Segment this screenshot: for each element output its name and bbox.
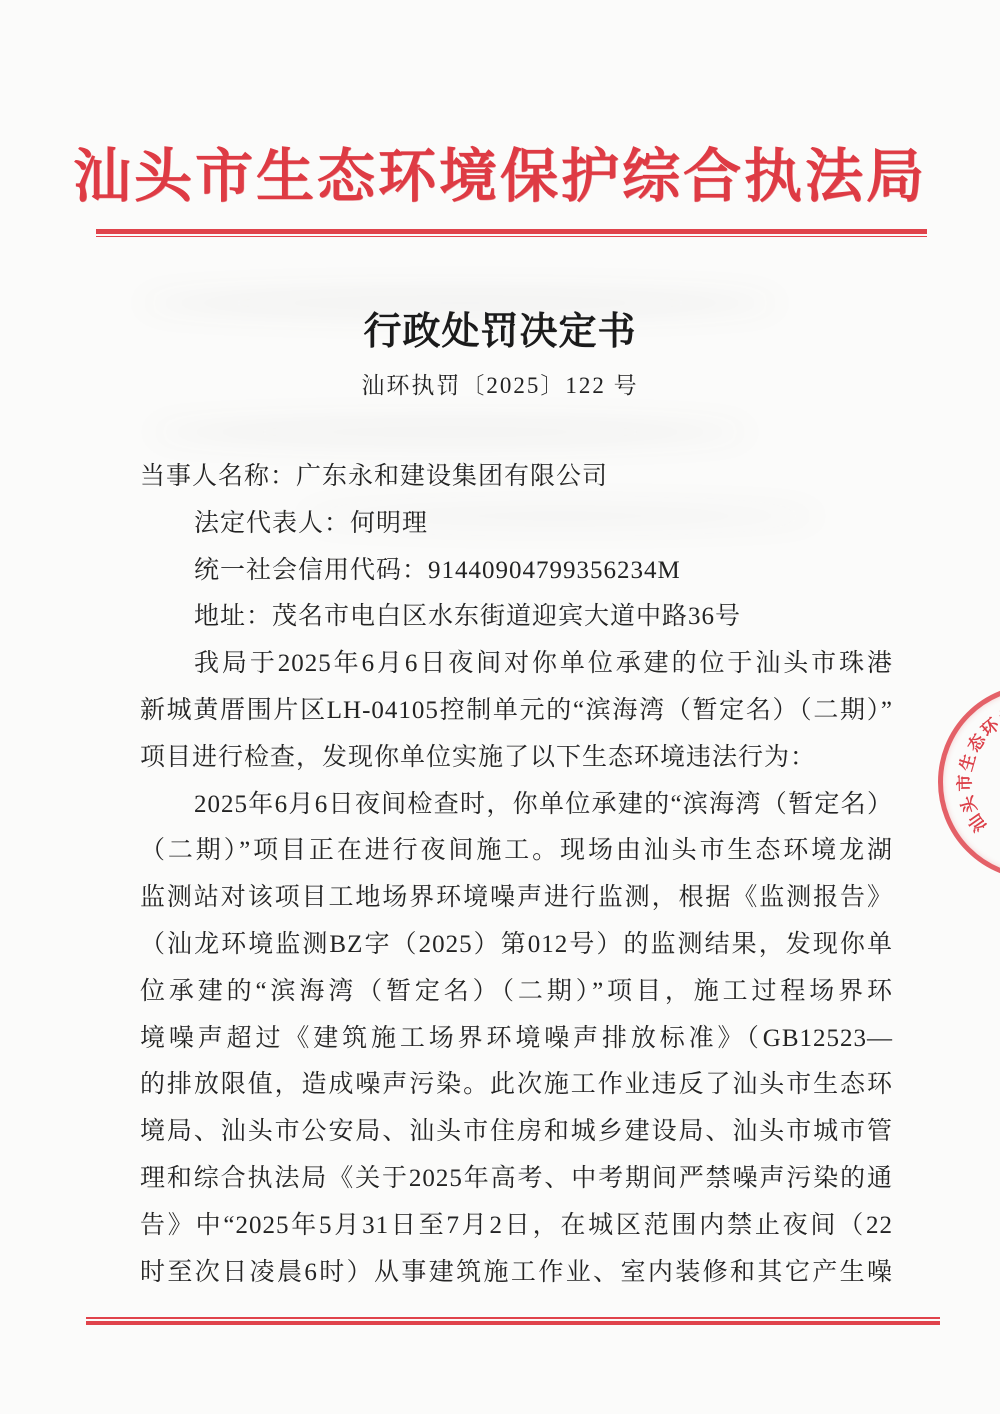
document-page: 汕头市生态环境保护综合执法局 行政处罚决定书 汕环执罚〔2025〕122 号 当… [0, 0, 1000, 1414]
seal-character: 环 [974, 711, 1000, 741]
body-line: 告》中“2025年5月31日至7月2日，在城区范围内禁止夜间（22 [140, 1203, 893, 1250]
body-line: 境局、汕头市公安局、汕头市住房和城乡建设局、汕头市城市管 [140, 1109, 893, 1156]
document-body: 当事人名称：广东永和建设集团有限公司 法定代表人：何明理 统一社会信用代码：91… [140, 454, 893, 1296]
body-line: （汕龙环境监测BZ字（2025）第012号）的监测结果，发现你单 [140, 922, 893, 969]
seal-character: 生 [952, 750, 981, 773]
body-line: 新城黄厝围片区LH-04105控制单元的“滨海湾（暂定名）（二期）” [140, 688, 893, 735]
seal-character: 市 [950, 774, 975, 791]
body-line: 监测站对该项目工地场界环境噪声进行监测，根据《监测报告》 [140, 875, 893, 922]
body-line: 2025年6月6日夜间检查时，你单位承建的“滨海湾（暂定名） [140, 782, 893, 829]
rule-thin-line [96, 236, 927, 238]
body-line: 法定代表人：何明理 [140, 501, 893, 548]
seal-character: 境 [995, 700, 1000, 730]
body-line: 的排放限值，造成噪声污染。此次施工作业违反了汕头市生态环 [140, 1062, 893, 1109]
body-line: （二期）”项目正在进行夜间施工。现场由汕头市生态环境龙湖 [140, 828, 893, 875]
seal-character: 头 [952, 793, 981, 817]
body-line: 时至次日凌晨6时）从事建筑施工作业、室内装修和其它产生噪 [140, 1250, 893, 1297]
body-line: 理和综合执法局《关于2025年高考、中考期间严禁噪声污染的通 [140, 1156, 893, 1203]
seal-character: 态 [960, 728, 990, 756]
body-line: 当事人名称：广东永和建设集团有限公司 [140, 454, 893, 501]
scan-artifact [150, 420, 750, 444]
body-line: 项目进行检查，发现你单位实施了以下生态环境违法行为： [140, 735, 893, 782]
body-line: 我局于2025年6月6日夜间对你单位承建的位于汕头市珠港 [140, 641, 893, 688]
body-line: 统一社会信用代码：91440904799356234M [140, 548, 893, 595]
letterhead-rule-top [96, 229, 927, 237]
body-line: 地址：茂名市电白区水东街道迎宾大道中路36号 [140, 594, 893, 641]
document-title: 行政处罚决定书 [0, 308, 1000, 356]
official-seal: 汕 头 市 生 态 环 境 [938, 684, 1000, 880]
letterhead-agency-title: 汕头市生态环境保护综合执法局 [0, 141, 1000, 213]
body-line: 境噪声超过《建筑施工场界环境噪声排放标准》（GB12523—2011） [140, 1016, 893, 1063]
document-number: 汕环执罚〔2025〕122 号 [0, 371, 1000, 401]
rule-thick-line [86, 1321, 940, 1326]
footer-rule-bottom [86, 1317, 940, 1325]
body-line: 位承建的“滨海湾（暂定名）（二期）”项目，施工过程场界环 [140, 969, 893, 1016]
seal-ring-icon [938, 684, 1000, 880]
seal-character: 汕 [961, 810, 991, 838]
